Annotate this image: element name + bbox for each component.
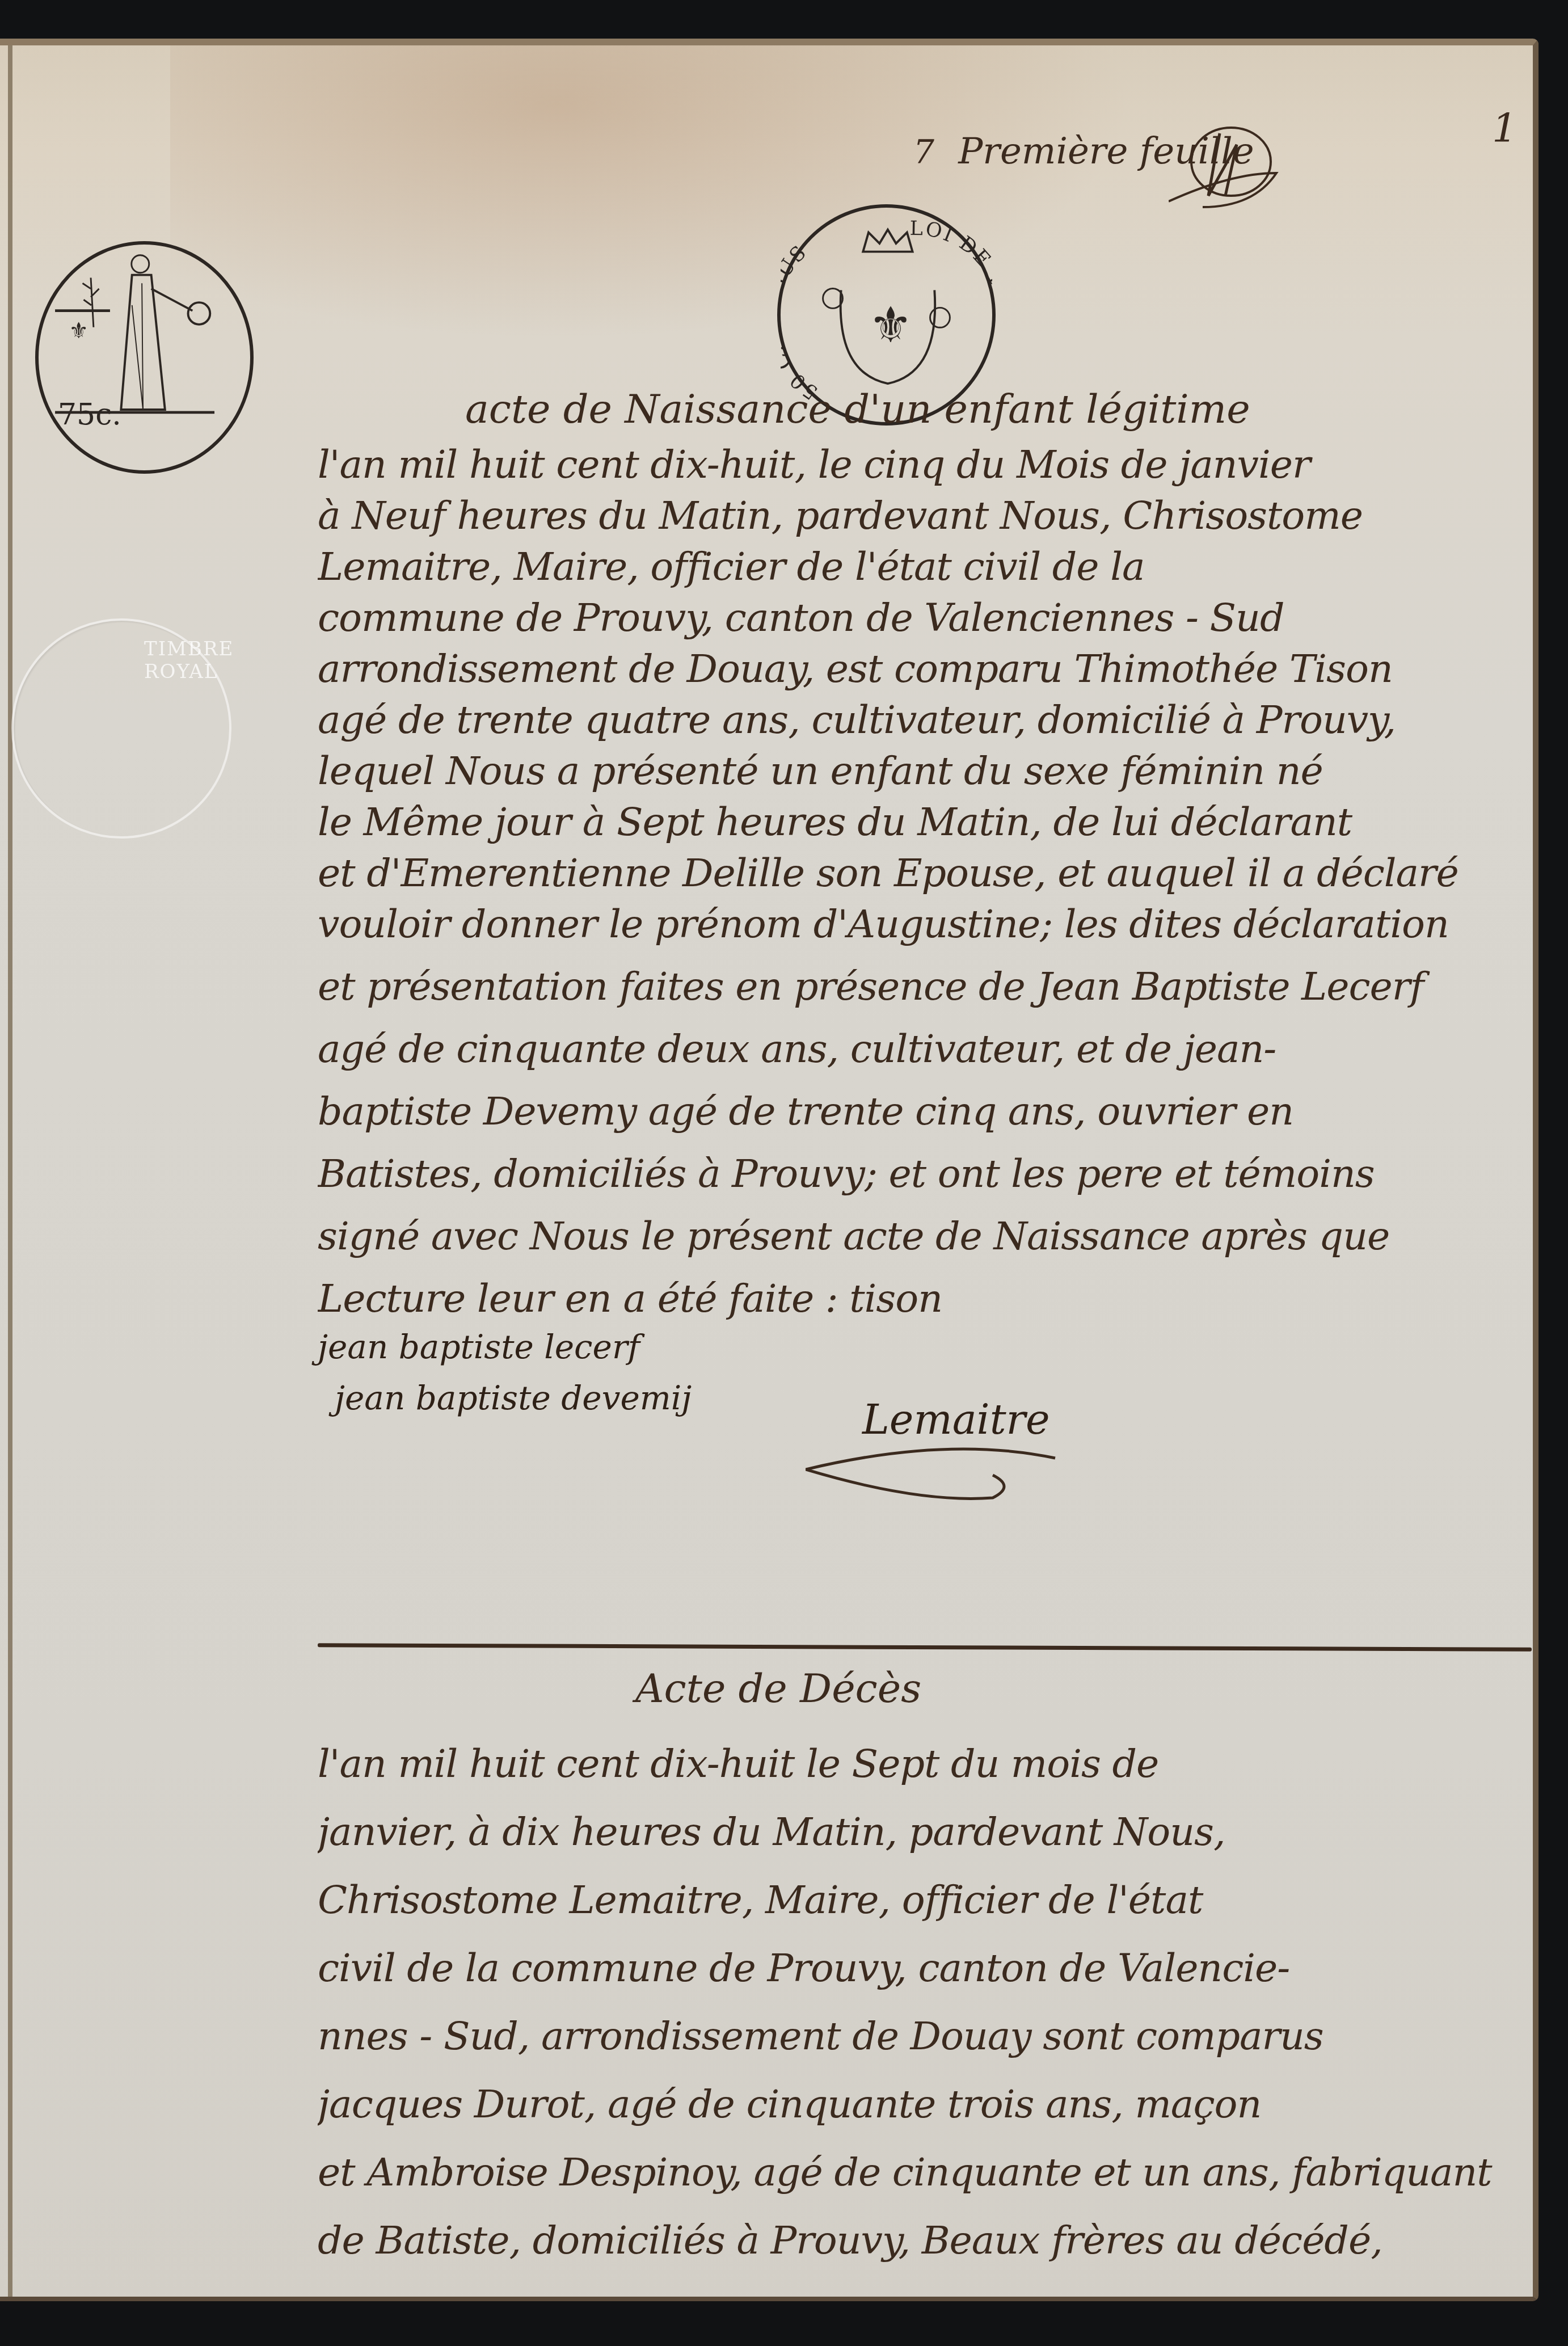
birth-act-title: acte de Naissance d'un enfant légitime: [465, 386, 1250, 432]
svg-text:LOI DE 1816.: LOI DE 1816.: [909, 217, 992, 342]
birth-act-line: arrondissement de Douay, est comparu Thi…: [318, 647, 1532, 692]
birth-act-line: agé de cinquante deux ans, cultivateur, …: [318, 1027, 1532, 1072]
death-act-line: de Batiste, domiciliés à Prouvy, Beaux f…: [318, 2218, 1532, 2263]
folio-number: 1: [1492, 105, 1518, 151]
stamp-value: 75c.: [58, 398, 121, 432]
birth-act-line: et présentation faites en présence de Je…: [318, 964, 1532, 1009]
birth-act-line: le Même jour à Sept heures du Matin, de …: [318, 800, 1532, 845]
signature-flourish-icon: [806, 1435, 1089, 1503]
death-act-line: jacques Durot, agé de cinquante trois an…: [318, 2082, 1532, 2127]
birth-act-line: commune de Prouvy, canton de Valencienne…: [318, 596, 1532, 641]
svg-text:⚜: ⚜: [869, 296, 913, 354]
allegorical-figure-icon: ⚜: [39, 245, 250, 470]
margin-rule: [8, 45, 12, 2297]
signature-witness-1: jean baptiste lecerf: [318, 1328, 640, 1366]
birth-act-line: Batistes, domiciliés à Prouvy; et ont le…: [318, 1152, 1532, 1197]
signature-witness-2: jean baptiste devemij: [335, 1379, 692, 1417]
svg-text:50 C. EN SUS: 50 C. EN SUS: [781, 241, 822, 404]
birth-act-line: vouloir donner le prénom d'Augustine; le…: [318, 902, 1532, 947]
death-act-line: nnes - Sud, arrondissement de Douay sont…: [318, 2014, 1532, 2059]
sheet-mark: 7: [913, 133, 934, 171]
tax-stamp-75c: ⚜ 75c.: [35, 241, 254, 474]
birth-act-line: et d'Emerentienne Delille son Epouse, et…: [318, 851, 1532, 896]
svg-text:⚜: ⚜: [69, 318, 88, 344]
birth-act-line: l'an mil huit cent dix-huit, le cinq du …: [318, 443, 1532, 487]
document-page: 7 Première feuille 1 ⚜ 75c.: [0, 39, 1539, 2301]
death-act-line: janvier, à dix heures du Matin, pardevan…: [318, 1810, 1532, 1855]
birth-act-line: à Neuf heures du Matin, pardevant Nous, …: [318, 494, 1532, 538]
birth-act-line: signé avec Nous le présent acte de Naiss…: [318, 1214, 1532, 1259]
death-act-title: Acte de Décès: [635, 1665, 921, 1712]
death-act-line: civil de la commune de Prouvy, canton de…: [318, 1946, 1532, 1991]
birth-act-line: baptiste Devemy agé de trente cinq ans, …: [318, 1089, 1532, 1134]
embossed-seal-text: TIMBRE ROYAL: [144, 638, 234, 683]
act-separator-line: [318, 1643, 1532, 1651]
birth-act-line: agé de trente quatre ans, cultivateur, d…: [318, 698, 1532, 743]
death-act-line: et Ambroise Despinoy, agé de cinquante e…: [318, 2150, 1532, 2195]
death-act-line: l'an mil huit cent dix-huit le Sept du m…: [318, 1742, 1532, 1787]
stamp-text-right: LOI DE 1816.: [909, 217, 992, 342]
birth-act-line: Lemaitre, Maire, officier de l'état civi…: [318, 545, 1532, 589]
paraph-flourish-icon: [1169, 122, 1282, 213]
death-act-line: Chrisostome Lemaitre, Maire, officier de…: [318, 1878, 1532, 1923]
embossed-seal: TIMBRE ROYAL: [11, 618, 231, 839]
stamp-text-left: 50 C. EN SUS: [781, 241, 822, 404]
birth-act-line: Lecture leur en a été faite : tison: [318, 1277, 1532, 1321]
birth-act-line: lequel Nous a présenté un enfant du sexe…: [318, 749, 1532, 794]
